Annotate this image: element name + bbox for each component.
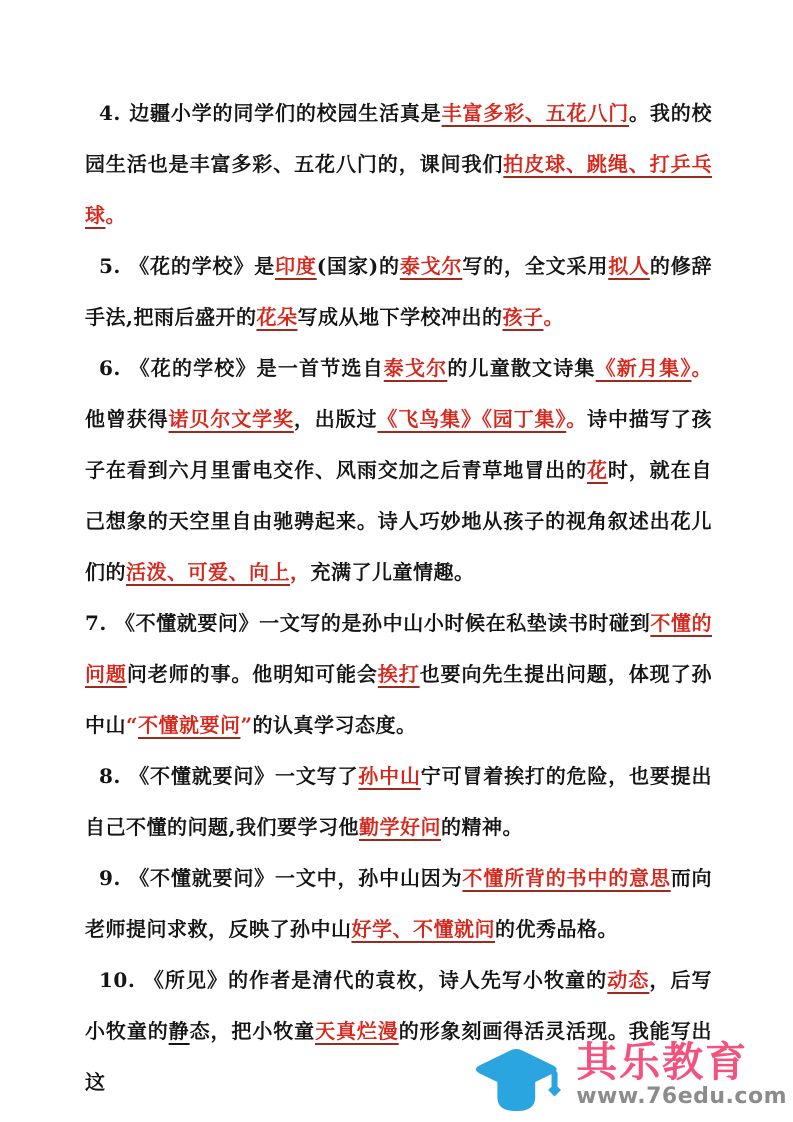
text-segment: 边疆小学的同学们的校园生活真是 (129, 101, 442, 125)
red-text: 。 (543, 305, 564, 329)
item-number: 5. (99, 254, 121, 278)
answer-text: 孙中山 (358, 764, 420, 788)
text-segment: 问老师的事。他明知可能会 (127, 662, 378, 686)
text-segment: 《花的学校》是 (129, 254, 275, 278)
item-number: 9. (99, 866, 121, 890)
answer-text: 天真烂漫 (315, 1019, 399, 1043)
answer-text: 印度 (275, 254, 317, 278)
answer-text: 诺贝尔文学奖 (169, 407, 294, 431)
text-segment: 《不懂就要问》一文中，孙中山因为 (129, 866, 463, 890)
logo-name: 其乐教育 (576, 1040, 748, 1084)
underlined-text: 静 (169, 1019, 190, 1043)
text-segment: 他曾获得 (85, 407, 169, 431)
list-item: 9.《不懂就要问》一文中，孙中山因为不懂所背的书中的意思而向老师提问求救，反映了… (85, 853, 712, 955)
list-item: 6.《花的学校》是一首节选自泰戈尔的儿童散文诗集《新月集》。他曾获得诺贝尔文学奖… (85, 343, 712, 598)
text-segment: 态，把小牧童 (190, 1019, 315, 1043)
answer-text: 《新月集》 (596, 356, 692, 380)
text-segment: 《所见》的作者是清代的袁枚，诗人先写小牧童的 (143, 968, 607, 992)
logo-text: 其乐教育 www.76edu.com (576, 1040, 791, 1110)
text-segment: 充满了儿童情趣。 (311, 560, 475, 584)
answer-text: 花朵 (256, 305, 297, 329)
answer-text: 《飞鸟集》《园丁集》 (377, 407, 566, 431)
answer-text: 好学、不懂就问 (352, 917, 496, 941)
answer-text: 花 (587, 458, 608, 482)
text-segment: 写成从地下学校冲出的 (297, 305, 502, 329)
graduation-cap-icon (464, 1032, 572, 1118)
answer-text: 勤学好问 (359, 815, 441, 839)
text-segment: 的优秀品格。 (495, 917, 618, 941)
item-number: 4. (99, 101, 121, 125)
answer-text: 不懂所背的书中的意思 (462, 866, 670, 890)
item-number: 8. (99, 764, 121, 788)
red-text: 。 (566, 407, 587, 431)
text-segment: 《不懂就要问》一文写了 (129, 764, 358, 788)
answer-text: 活泼、可爱、向上 (126, 560, 290, 584)
text-segment: 的精神。 (441, 815, 523, 839)
answer-text: 拟人 (608, 254, 650, 278)
item-number: 7. (85, 611, 107, 635)
red-text: “ (126, 713, 138, 737)
red-text: ， (290, 560, 311, 584)
text-segment: 的儿童散文诗集 (447, 356, 595, 380)
document-page: 4.边疆小学的同学们的校园生活真是丰富多彩、五花八门。我的校园生活也是丰富多彩、… (0, 0, 793, 1122)
answer-text: 孩子 (502, 305, 543, 329)
watermark-logo: 其乐教育 www.76edu.com (464, 1032, 791, 1118)
text-segment: 的认真学习态度。 (253, 713, 417, 737)
text-segment: (国家)的 (317, 254, 400, 278)
text-segment: 《花的学校》是一首节选自 (129, 356, 384, 380)
red-text: 。 (692, 356, 713, 380)
text-segment: 《不懂就要问》一文写的是孙中山小时候在私垫读书时碰到 (115, 611, 650, 635)
items-list: 4.边疆小学的同学们的校园生活真是丰富多彩、五花八门。我的校园生活也是丰富多彩、… (85, 88, 712, 1108)
red-text: ” (241, 713, 253, 737)
list-item: 8.《不懂就要问》一文写了孙中山宁可冒着挨打的危险，也要提出自己不懂的问题,我们… (85, 751, 712, 853)
answer-text: 泰戈尔 (400, 254, 463, 278)
item-number: 6. (99, 356, 121, 380)
answer-text: 不懂就要问 (138, 713, 241, 737)
list-item: 4.边疆小学的同学们的校园生活真是丰富多彩、五花八门。我的校园生活也是丰富多彩、… (85, 88, 712, 241)
answer-text: 挨打 (378, 662, 420, 686)
answer-text: 泰戈尔 (384, 356, 448, 380)
item-number: 10. (99, 968, 135, 992)
text-segment: 写的，全文采用 (462, 254, 608, 278)
logo-url: www.76edu.com (576, 1084, 787, 1110)
answer-text: 动态 (607, 968, 649, 992)
list-item: 5.《花的学校》是印度(国家)的泰戈尔写的，全文采用拟人的修辞手法,把雨后盛开的… (85, 241, 712, 343)
red-text: 。 (106, 203, 127, 227)
answer-text: 丰富多彩、五花八门 (442, 101, 629, 125)
list-item: 7.《不懂就要问》一文写的是孙中山小时候在私垫读书时碰到不懂的问题问老师的事。他… (85, 598, 712, 751)
text-segment: ，出版过 (294, 407, 378, 431)
